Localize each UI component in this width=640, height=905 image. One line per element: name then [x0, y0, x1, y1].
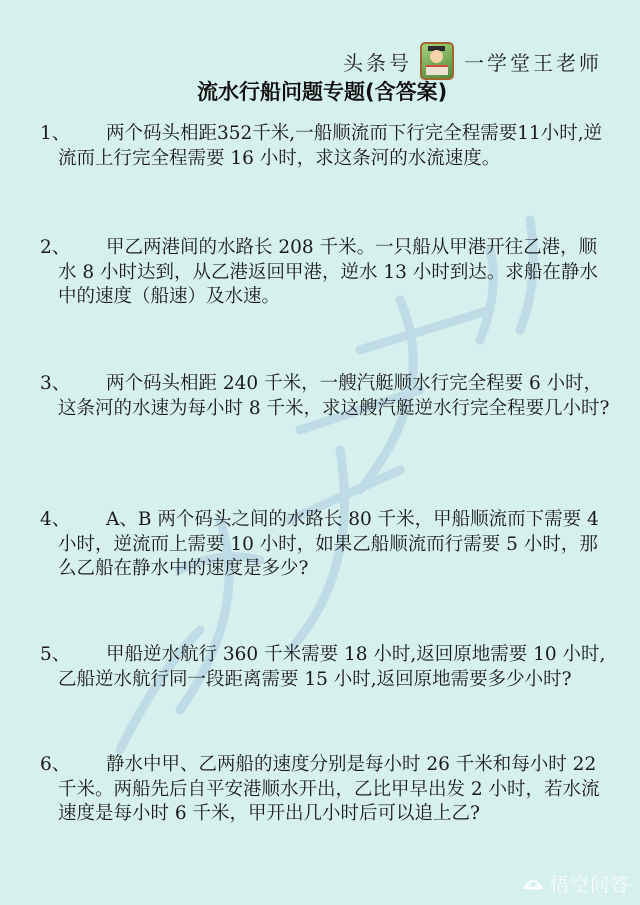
question-6: 6、 静水中甲、乙两船的速度分别是每小时 26 千米和每小时 22 千米。两船先… — [40, 753, 610, 827]
question-text: 甲乙两港间的水路长 208 千米。一只船从甲港开往乙港，顺水 8 小时达到，从乙… — [40, 236, 610, 310]
question-number: 6、 — [40, 753, 70, 778]
question-text: A、B 两个码头之间的水路长 80 千米，甲船顺流而下需要 4 小时，逆流而上需… — [40, 508, 610, 582]
question-2: 2、 甲乙两港间的水路长 208 千米。一只船从甲港开往乙港，顺水 8 小时达到… — [40, 236, 610, 310]
question-4: 4、 A、B 两个码头之间的水路长 80 千米，甲船顺流而下需要 4 小时，逆流… — [40, 508, 610, 582]
question-5: 5、 甲船逆水航行 360 千米需要 18 小时,返回原地需要 10 小时,乙船… — [40, 643, 610, 692]
question-number: 4、 — [40, 508, 70, 533]
question-number: 1、 — [40, 122, 70, 147]
author-header: 头条号 一学堂王老师 — [343, 42, 602, 80]
platform-label: 头条号 — [343, 47, 412, 76]
question-1: 1、 两个码头相距352千米,一船顺流而下行完全程需要11小时,逆流而上行完全程… — [40, 122, 610, 171]
question-number: 5、 — [40, 643, 70, 668]
page-title: 流水行船问题专题(含答案) — [197, 76, 447, 106]
teacher-avatar-icon — [420, 42, 454, 80]
question-text: 静水中甲、乙两船的速度分别是每小时 26 千米和每小时 22 千米。两船先后自平… — [40, 753, 610, 827]
question-number: 3、 — [40, 372, 70, 397]
wukong-watermark-logo: 悟空问答 — [522, 870, 630, 897]
author-name: 一学堂王老师 — [464, 47, 602, 76]
question-3: 3、 两个码头相距 240 千米，一艘汽艇顺水行完全程要 6 小时，这条河的水速… — [40, 372, 610, 421]
wukong-logo-icon — [522, 876, 544, 892]
wukong-logo-text: 悟空问答 — [550, 870, 630, 897]
question-text: 两个码头相距352千米,一船顺流而下行完全程需要11小时,逆流而上行完全程需要 … — [40, 122, 610, 171]
question-text: 两个码头相距 240 千米，一艘汽艇顺水行完全程要 6 小时，这条河的水速为每小… — [40, 372, 610, 421]
question-text: 甲船逆水航行 360 千米需要 18 小时,返回原地需要 10 小时,乙船逆水航… — [40, 643, 610, 692]
question-number: 2、 — [40, 236, 70, 261]
